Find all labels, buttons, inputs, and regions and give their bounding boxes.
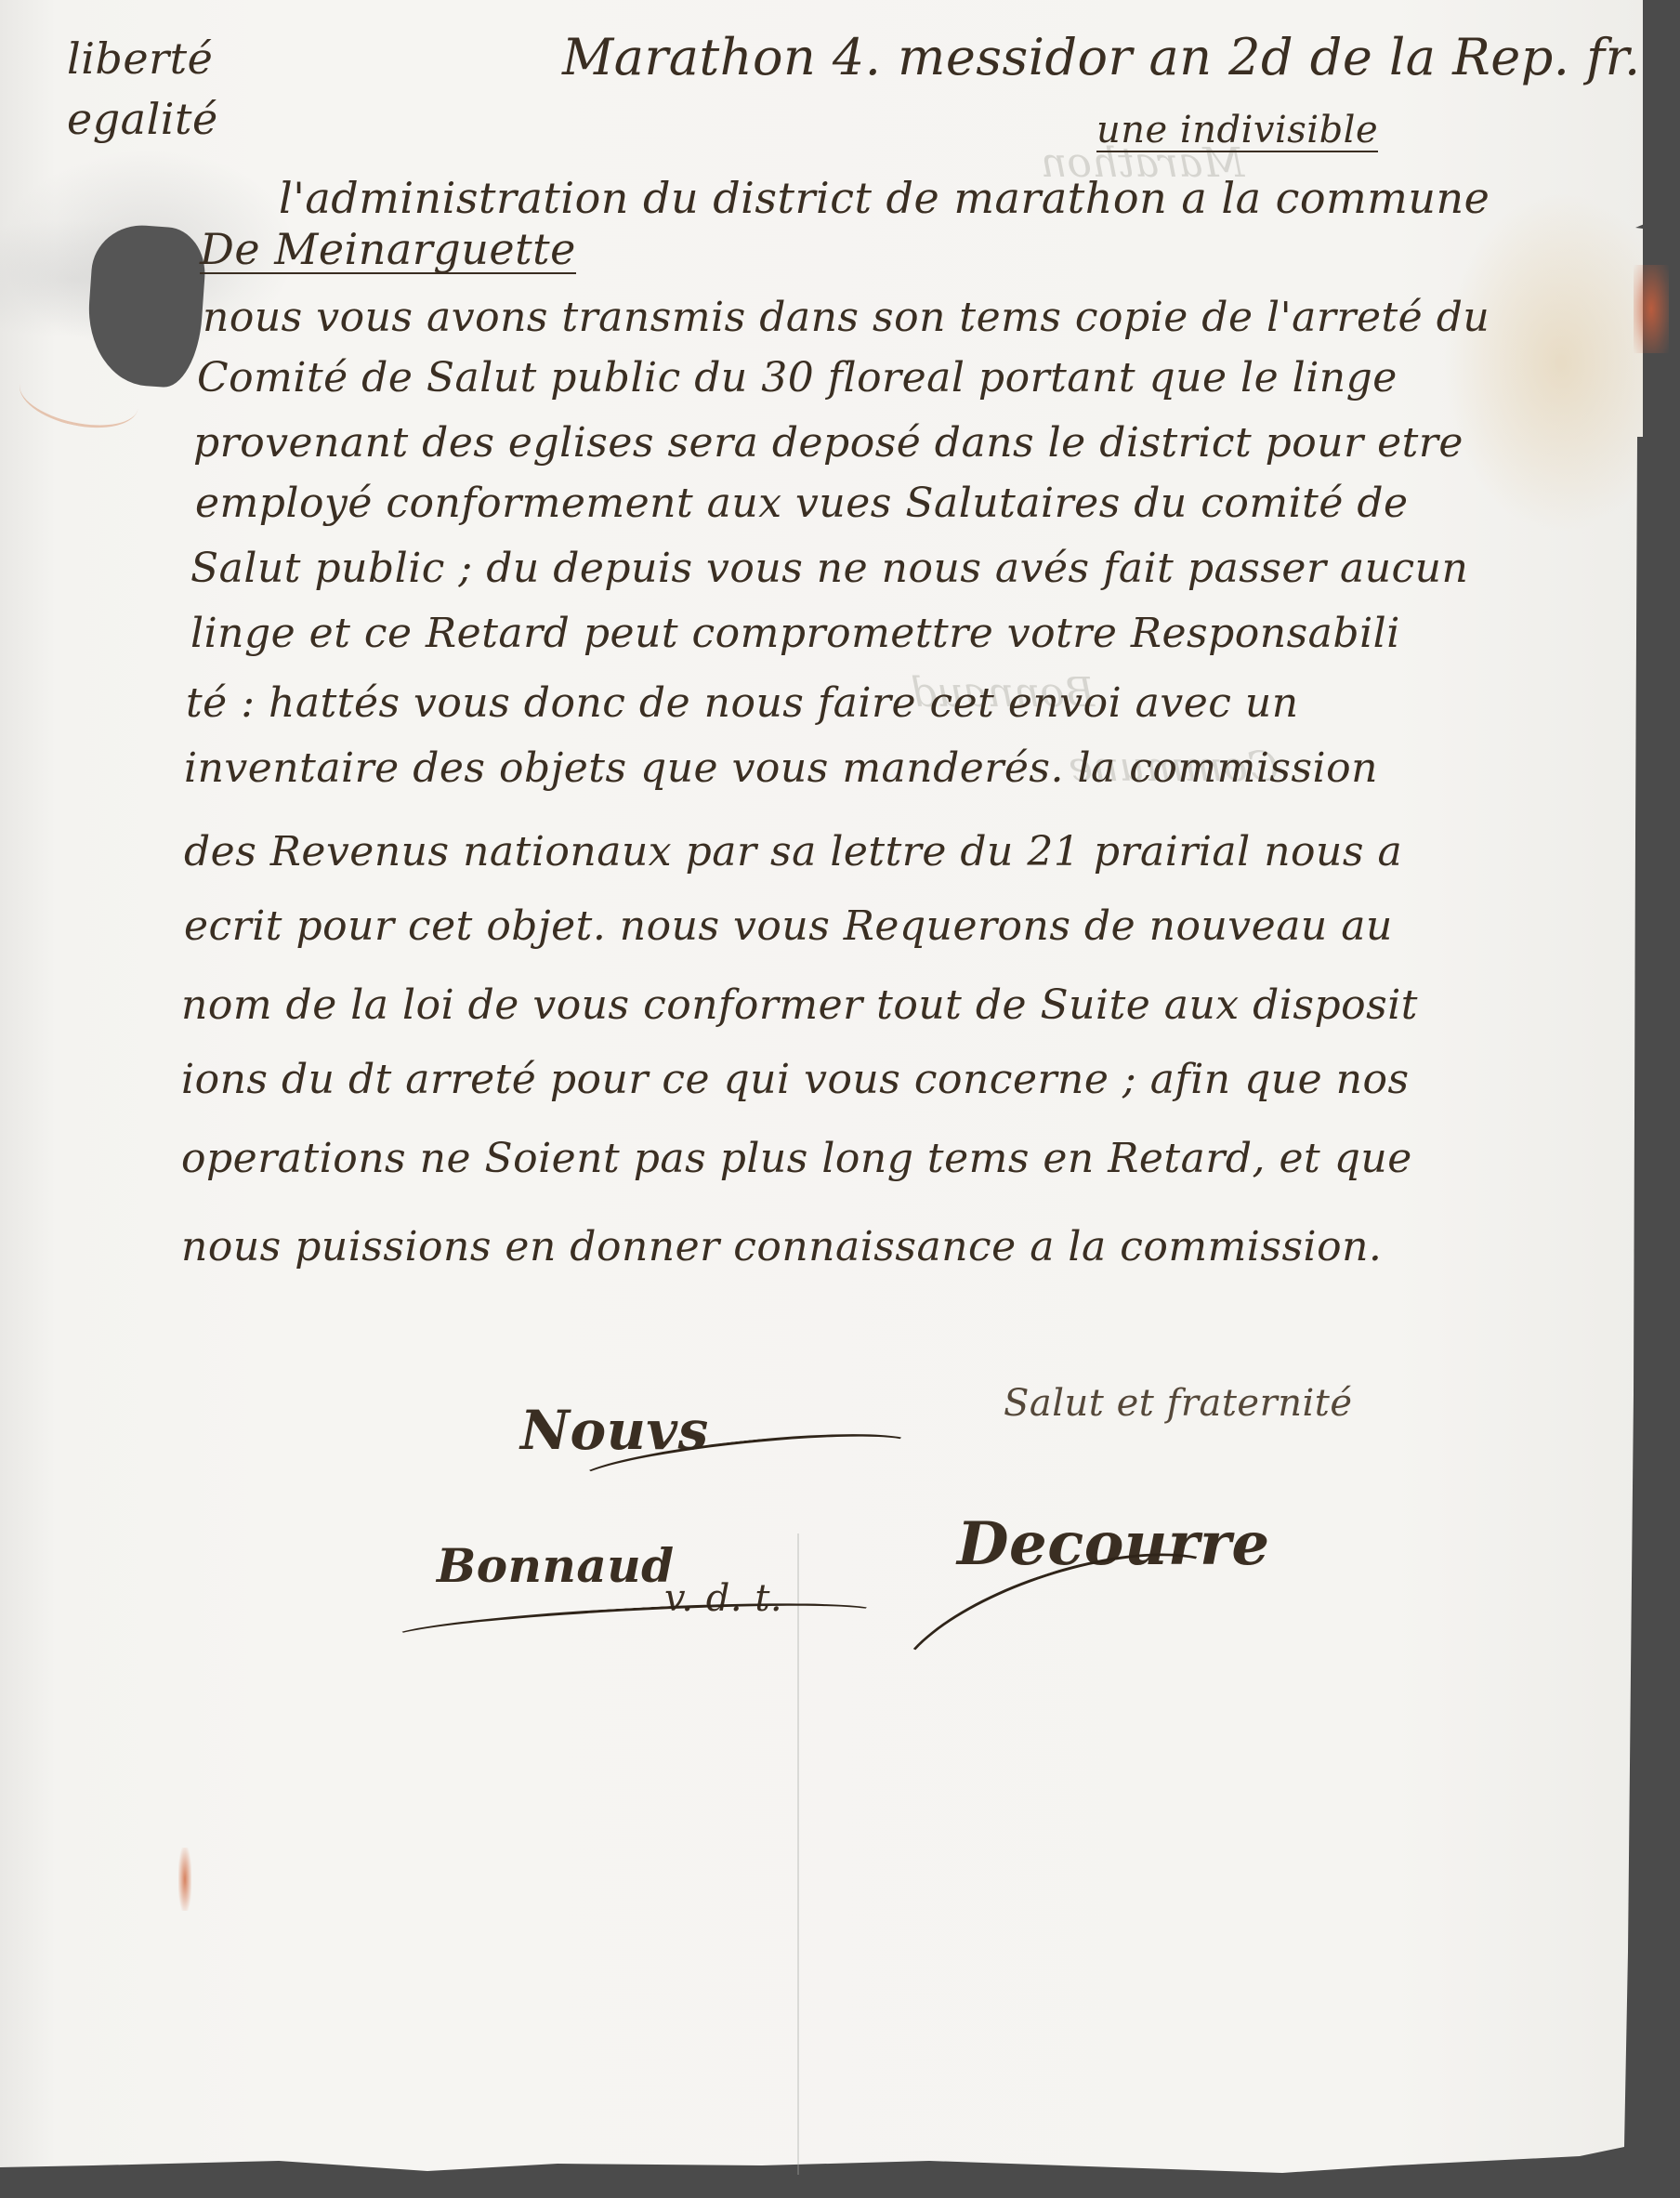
fold-crease [797,1533,799,2175]
body-line: Comité de Salut public du 30 floreal por… [197,358,1398,399]
address-line-1: l'administration du district de marathon… [279,177,1490,219]
closing-salutation: Salut et fraternité [1004,1385,1353,1422]
body-line: inventaire des objets que vous manderés.… [184,748,1378,789]
body-line: operations ne Soient pas plus long tems … [181,1138,1412,1179]
margin-header-egalite: egalité [67,98,218,140]
body-line: nom de la loi de vous conformer tout de … [181,985,1418,1026]
body-line: nous vous avons transmis dans son tems c… [203,297,1490,338]
body-line: des Revenus nationaux par sa lettre du 2… [184,832,1402,873]
margin-header-liberte: liberté [67,37,213,80]
body-line: nous puissions en donner connaissance a … [181,1227,1382,1268]
red-stain [178,1848,191,1911]
body-line: provenant des eglises sera deposé dans l… [193,423,1463,464]
dateline-continuation: une indivisible [1096,112,1378,152]
address-line-2: De Meinarguette [200,228,576,274]
signature-2: Bonnaud [437,1543,675,1589]
dateline: Marathon 4. messidor an 2d de la Rep. fr… [562,33,1641,83]
body-line: ions du dt arreté pour ce qui vous conce… [181,1060,1410,1100]
body-line: linge et ce Retard peut compromettre vot… [190,613,1400,654]
body-line: ecrit pour cet objet. nous vous Requeron… [184,906,1393,947]
body-line: Salut public ; du depuis vous ne nous av… [190,548,1468,589]
body-line: té : hattés vous donc de nous faire cet … [186,683,1299,724]
body-line: employé conformement aux vues Salutaires… [195,483,1409,524]
red-seal-stain [1634,265,1669,353]
